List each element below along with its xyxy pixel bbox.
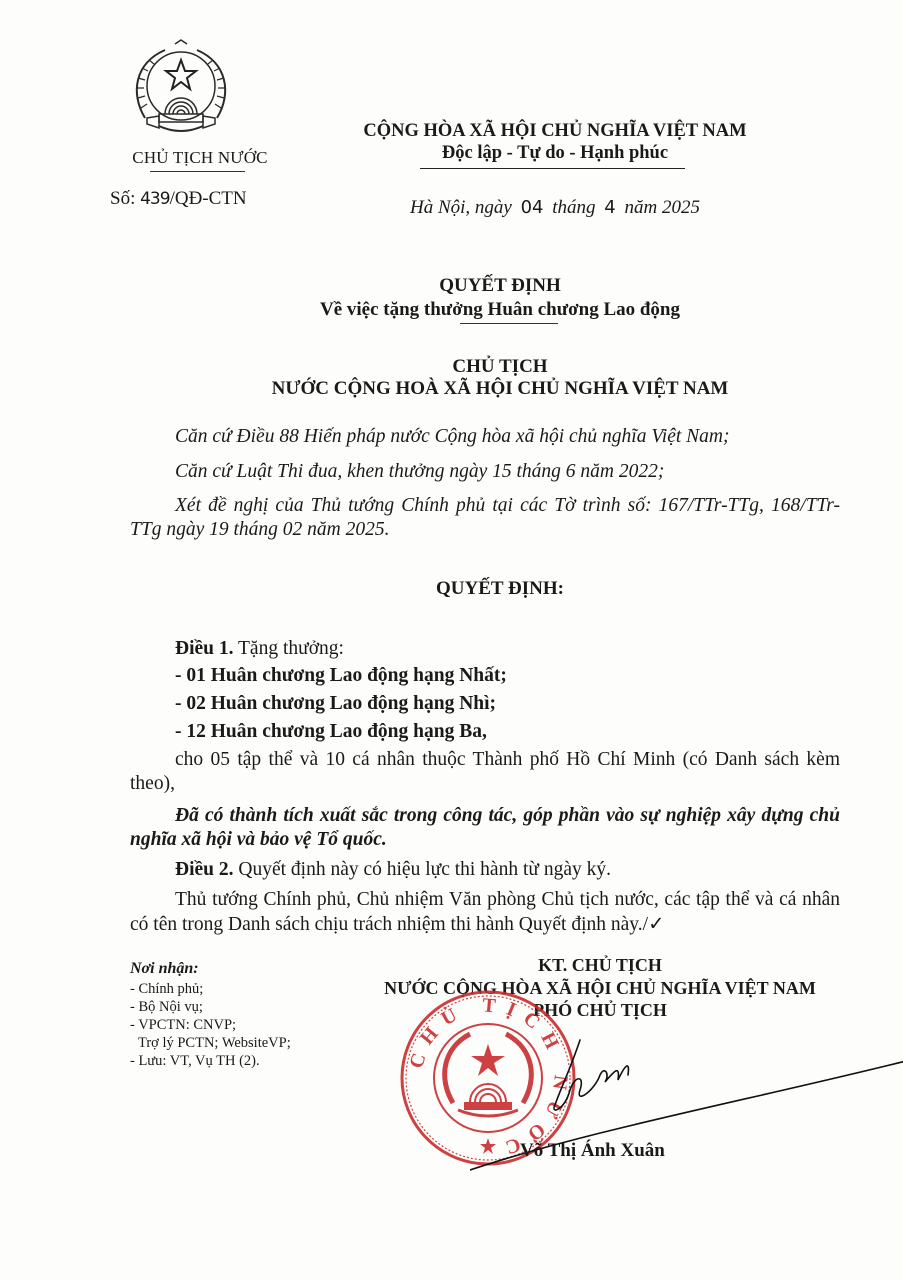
article-2: Điều 2. Quyết định này có hiệu lực thi h… — [130, 858, 840, 882]
legal-basis-item: Căn cứ Luật Thi đua, khen thưởng ngày 15… — [130, 460, 840, 484]
authority-title-full: NƯỚC CỘNG HOÀ XÃ HỘI CHỦ NGHĨA VIỆT NAM — [150, 378, 850, 400]
date-day: 04 — [517, 197, 548, 218]
check-mark-icon: ✓ — [648, 912, 664, 935]
legal-basis-item: Căn cứ Điều 88 Hiến pháp nước Cộng hòa x… — [130, 425, 840, 449]
document-subject: Về việc tặng thưởng Huân chương Lao động — [200, 299, 800, 321]
date-year: năm 2025 — [625, 197, 700, 218]
nation-name: CỘNG HÒA XÃ HỘI CHỦ NGHĨA VIỆT NAM — [320, 121, 790, 142]
award-recipients: cho 05 tập thể và 10 cá nhân thuộc Thành… — [130, 748, 840, 796]
recipient-item: - Lưu: VT, Vụ TH (2). — [130, 1052, 260, 1070]
article-1-text: Tặng thưởng: — [234, 638, 344, 659]
recipient-item: - VPCTN: CNVP; — [130, 1016, 236, 1034]
merit-statement: Đã có thành tích xuất sắc trong công tác… — [130, 804, 840, 852]
document-title: QUYẾT ĐỊNH — [200, 275, 800, 297]
article-2-label: Điều 2. — [175, 859, 234, 880]
divider — [420, 168, 685, 169]
date-month: 4 — [600, 197, 619, 218]
award-item: - 02 Huân chương Lao động hạng Nhì; — [130, 692, 840, 716]
signer-name: Võ Thị Ánh Xuân — [520, 1140, 665, 1162]
article-1: Điều 1. Tặng thưởng: — [130, 637, 840, 661]
issue-date: Hà Nội, ngày 04 tháng 4 năm 2025 — [320, 197, 790, 219]
recipients-title: Nơi nhận: — [130, 960, 199, 978]
issuing-authority: CHỦ TỊCH NƯỚC — [100, 148, 300, 168]
national-emblem-icon — [125, 38, 237, 146]
divider — [150, 171, 245, 172]
doc-number-prefix: Số: — [110, 188, 140, 209]
date-month-label: tháng — [552, 197, 595, 218]
date-place: Hà Nội, ngày — [410, 197, 512, 218]
decision-heading: QUYẾT ĐỊNH: — [200, 578, 800, 600]
legal-basis-item: Xét đề nghị của Thủ tướng Chính phủ tại … — [130, 494, 840, 542]
execution-clause: Thủ tướng Chính phủ, Chủ nhiệm Văn phòng… — [130, 888, 840, 937]
execution-text: Thủ tướng Chính phủ, Chủ nhiệm Văn phòng… — [130, 889, 840, 935]
recipient-item: - Bộ Nội vụ; — [130, 998, 203, 1016]
document-number: Số: 439/QĐ-CTN — [110, 188, 247, 210]
recipient-item: - Chính phủ; — [130, 980, 203, 998]
article-2-text: Quyết định này có hiệu lực thi hành từ n… — [234, 859, 611, 880]
article-1-label: Điều 1. — [175, 638, 234, 659]
doc-number-suffix: /QĐ-CTN — [170, 188, 247, 209]
authority-title: CHỦ TỊCH — [200, 356, 800, 378]
doc-number-handwritten: 439 — [140, 189, 169, 209]
divider — [460, 323, 558, 324]
award-item: - 12 Huân chương Lao động hạng Ba, — [130, 720, 840, 744]
award-item: - 01 Huân chương Lao động hạng Nhất; — [130, 664, 840, 688]
recipient-item: Trợ lý PCTN; WebsiteVP; — [138, 1034, 291, 1052]
national-motto: Độc lập - Tự do - Hạnh phúc — [320, 143, 790, 164]
signature-title-1: KT. CHỦ TỊCH — [360, 955, 840, 976]
